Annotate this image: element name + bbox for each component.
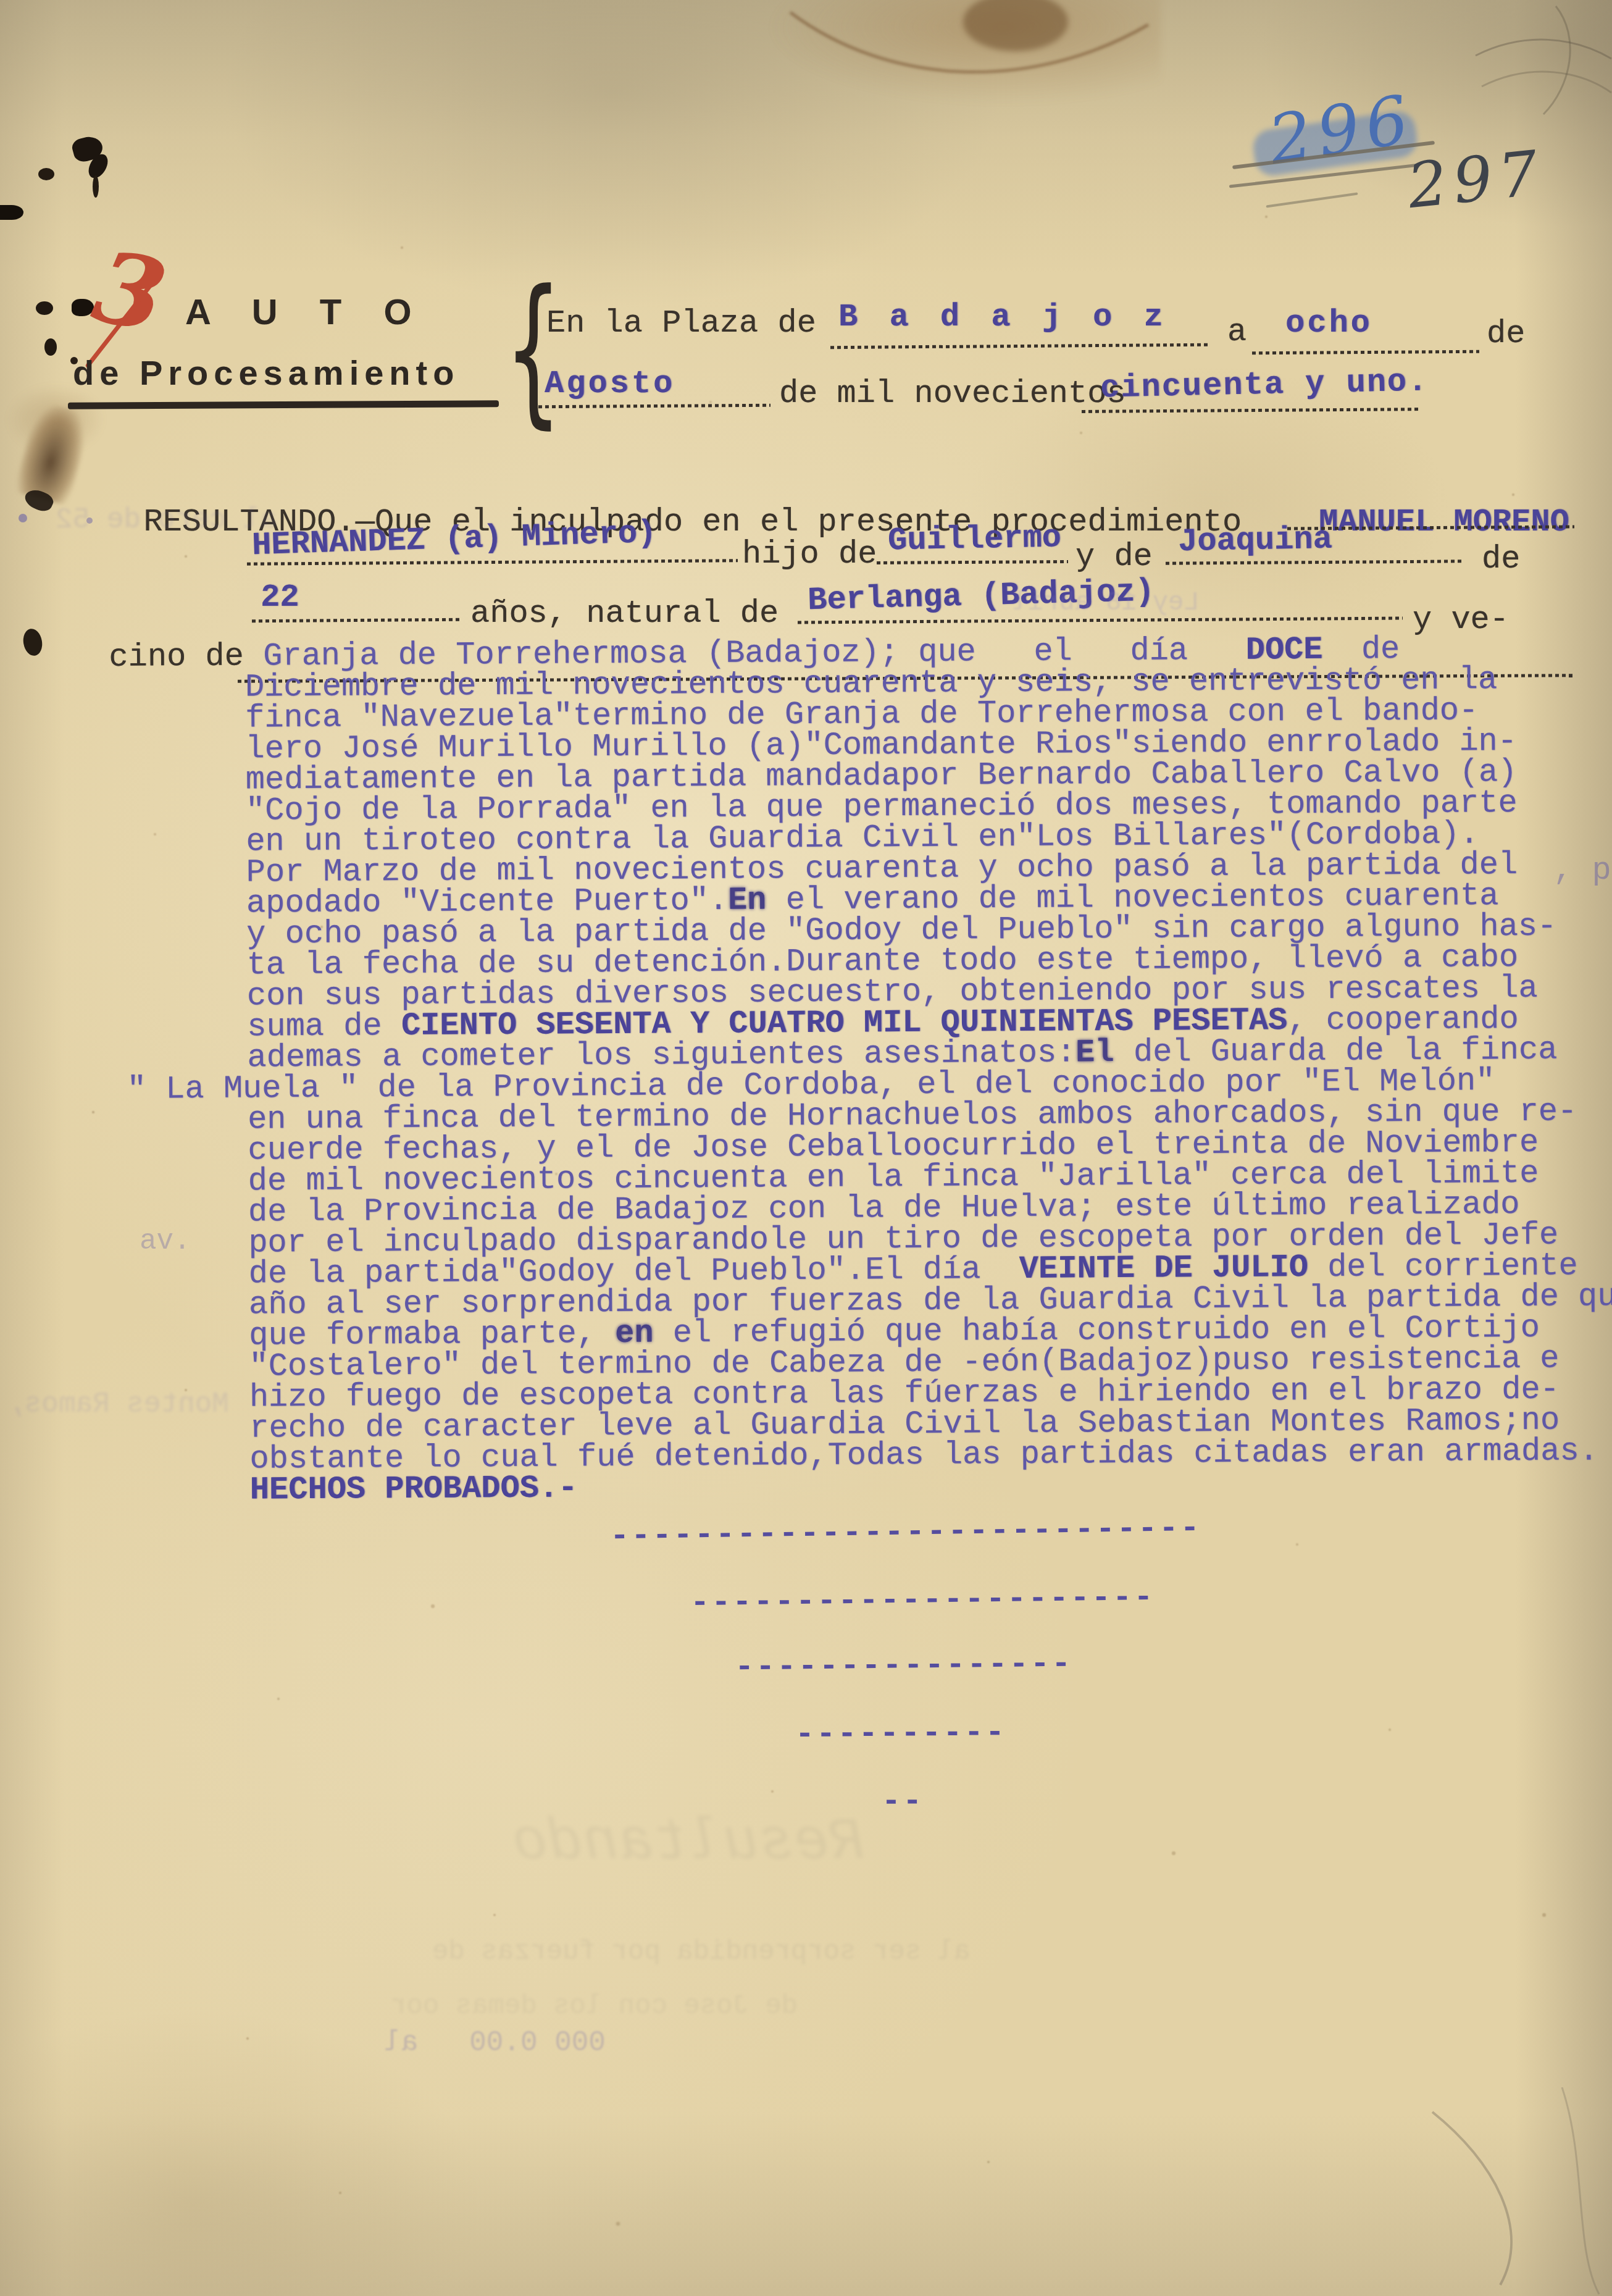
scanned-document-page: { "page_numbers": { "crossed": "296", "c…: [0, 0, 1612, 2296]
ghost-text: al ser sorprendida por fuerzas de: [432, 1937, 970, 1967]
typed-line: obstante lo cual fué detenido,Todas las …: [249, 1435, 1598, 1475]
dashed-separator: --: [882, 1783, 924, 1820]
ghost-text: 000 0.00 al: [384, 2027, 606, 2059]
ghost-text: Ley 18 abril: [1013, 588, 1199, 618]
ghost-text: av.: [140, 1225, 191, 1257]
dashed-separator: ----------------: [735, 1646, 1073, 1686]
typed-line: HECHOS PROBADOS.-: [250, 1472, 578, 1506]
dashed-separator: ----------: [795, 1715, 1007, 1753]
dashed-separator: ----------------------: [690, 1579, 1155, 1621]
ghost-text: Montes Ramos,: [7, 1388, 229, 1420]
ghost-text: al cero de 52: [56, 504, 277, 536]
typed-segment: cino de: [109, 638, 263, 676]
ghost-handwriting: Resultando: [512, 1809, 864, 1876]
ghost-text: , po: [1553, 852, 1612, 889]
ghost-text: de Jose con los demas oor: [390, 1991, 798, 2022]
typed-segment: HECHOS PROBADOS.-: [250, 1470, 578, 1508]
